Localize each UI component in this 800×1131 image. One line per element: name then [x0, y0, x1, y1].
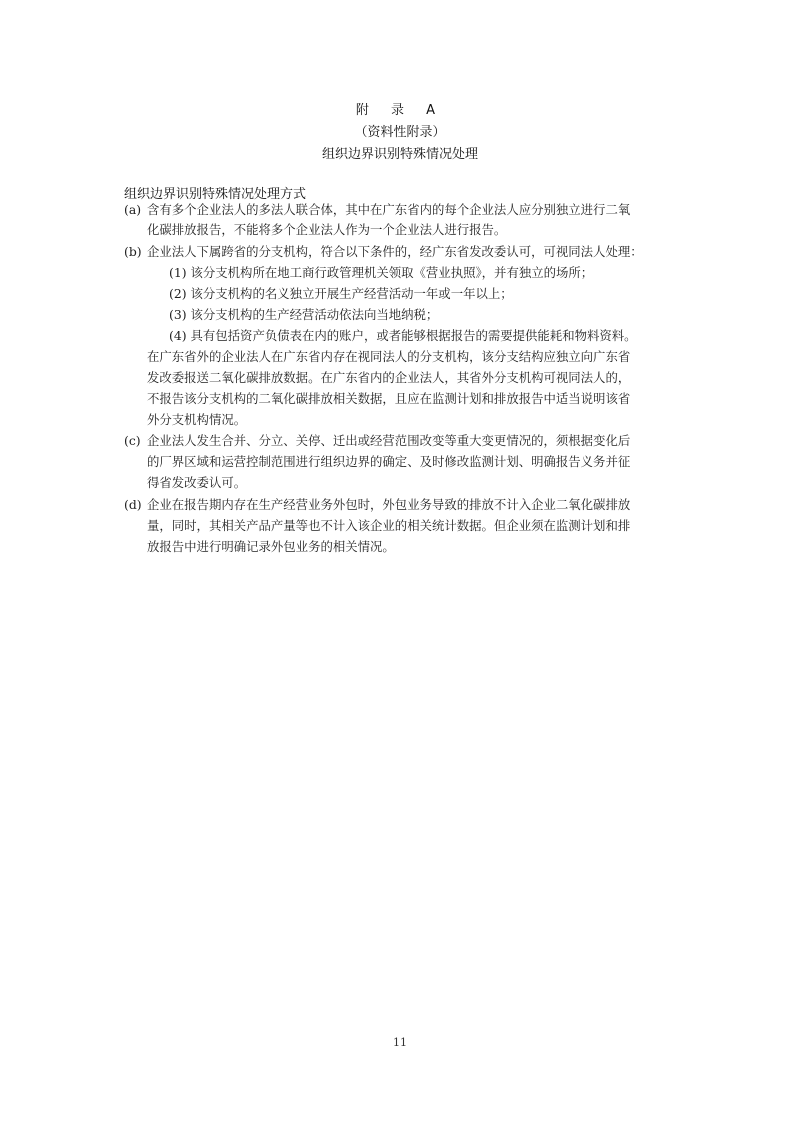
item-c-marker: (c)	[124, 433, 141, 449]
section-title: 组织边界识别特殊情况处理方式	[124, 183, 306, 202]
item-b-line-1: 企业法人下属跨省的分支机构，符合以下条件的，经广东省发改委认可，可视同法人处理：	[147, 244, 643, 260]
item-b-condition-4: (4) 具有包括资产负债表在内的账户，或者能够根据报告的需要提供能耗和物料资料。	[169, 328, 637, 344]
item-d-line-1: 企业在报告期内存在生产经营业务外包时，外包业务导致的排放不计入企业二氧化碳排放	[147, 497, 630, 513]
item-d-line-3: 放报告中进行明确记录外包业务的相关情况。	[147, 539, 395, 555]
appendix-title: 组织边界识别特殊情况处理	[0, 143, 800, 162]
item-b-marker: (b)	[124, 244, 142, 260]
document-page: 附 录 A （资料性附录） 组织边界识别特殊情况处理 组织边界识别特殊情况处理方…	[0, 0, 800, 1131]
item-a-line-1: 含有多个企业法人的多法人联合体，其中在广东省内的每个企业法人应分别独立进行二氧	[147, 202, 630, 218]
item-a-line-2: 化碳排放报告，不能将多个企业法人作为一个企业法人进行报告。	[147, 222, 506, 238]
appendix-label: 附 录 A	[0, 99, 800, 118]
appendix-type: （资料性附录）	[0, 121, 800, 140]
item-b-continuation-1: 在广东省外的企业法人在广东省内存在视同法人的分支机构，该分支结构应独立向广东省	[147, 349, 630, 365]
item-b-condition-3: (3) 该分支机构的生产经营活动依法向当地纳税；	[169, 307, 438, 323]
item-a-marker: (a)	[124, 202, 141, 218]
item-d-marker: (d)	[124, 497, 142, 513]
item-b-continuation-3: 不报告该分支机构的二氧化碳排放相关数据，且应在监测计划和排放报告中适当说明该省	[147, 391, 630, 407]
item-b-condition-2: (2) 该分支机构的名义独立开展生产经营活动一年或一年以上；	[169, 286, 513, 302]
item-c-line-1: 企业法人发生合并、分立、关停、迁出或经营范围改变等重大变更情况的，须根据变化后	[147, 433, 630, 449]
item-d-line-2: 量，同时，其相关产品产量等也不计入该企业的相关统计数据。但企业须在监测计划和排	[147, 518, 630, 534]
item-b-continuation-4: 外分支机构情况。	[147, 412, 246, 428]
item-c-line-3: 得省发改委认可。	[147, 475, 246, 491]
page-number: 11	[0, 1036, 800, 1049]
item-b-continuation-2: 发改委报送二氧化碳排放数据。在广东省内的企业法人，其省外分支机构可视同法人的，	[147, 370, 630, 386]
item-c-line-2: 的厂界区域和运营控制范围进行组织边界的确定、及时修改监测计划、明确报告义务并征	[147, 454, 630, 470]
item-b-condition-1: (1) 该分支机构所在地工商行政管理机关领取《营业执照》，并有独立的场所；	[169, 265, 593, 281]
